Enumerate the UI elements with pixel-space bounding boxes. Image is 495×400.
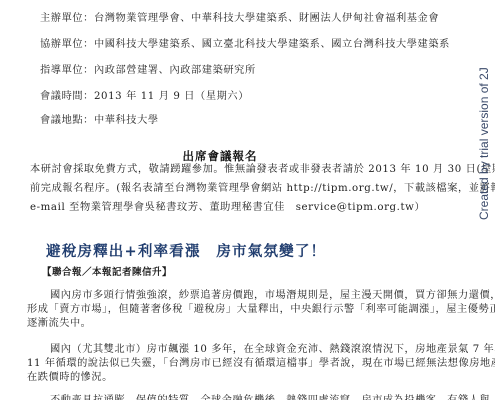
registration-title: 出席會議報名: [0, 148, 440, 164]
trial-watermark: Created by trial version of 2J: [475, 0, 495, 220]
document-page: 主辦單位：台灣物業管理學會、中華科技大學建築系、財團法人伊甸社會福利基金會 協辦…: [0, 0, 495, 400]
article-byline: 【聯合報／本報記者陳信升】: [42, 264, 172, 278]
paragraph-1-line-1: 國內房市多頭行情強強滾，紗票追著房價跑，市場潛規則是，屋主漫天開價，買方卻無力還…: [50, 289, 495, 303]
info-label: 指導單位：: [40, 65, 94, 76]
article-headline: 避稅房釋出+利率看漲 房市氣氛變了！: [46, 240, 326, 261]
info-label: 會議地點：: [40, 115, 94, 126]
info-value: 中華科技大學: [94, 115, 159, 126]
info-value: 中國科技大學建築系、國立臺北科技大學建築系、國立台灣科技大學建築系: [94, 39, 450, 50]
paragraph-1-line-2: 形成「賣方市場」，但隨著奢侈稅「避稅房」大量釋出，中央銀行示警「利率可能調漲」，…: [27, 303, 495, 317]
registration-line-1: 本研討會採取免費方式，敬請踴躍參加。惟無論發表者或非發表者請於 2013 年 1…: [30, 163, 495, 177]
paragraph-1-line-3: 逐漸流失中。: [27, 317, 91, 331]
paragraph-2-line-2: 11 年循環的說法似已失靈，「台灣房市已經沒有循環這檔事」學者說，現在市場已經無…: [27, 357, 495, 371]
info-value: 台灣物業管理學會、中華科技大學建築系、財團法人伊甸社會福利基金會: [94, 13, 439, 24]
info-organizer: 主辦單位：台灣物業管理學會、中華科技大學建築系、財團法人伊甸社會福利基金會: [40, 12, 439, 26]
registration-line-2: 前完成報名程序。(報名表請至台灣物業管理學會網站 http://tipm.org…: [30, 182, 495, 196]
info-date: 會議時間：2013 年 11 月 9 日（星期六）: [40, 90, 249, 104]
info-label: 主辦單位：: [40, 13, 94, 24]
paragraph-2-line-1: 國內（尤其雙北市）房市飆漲 10 多年，在全球資金充沛、熱錢滾滾情況下，房地產景…: [50, 343, 495, 357]
registration-line-3: e-mail 至物業管理學會吳秘書玟芳、董助理秘書宜佳 service@tipm…: [30, 201, 425, 215]
watermark-text: Created by trial version of 2J: [477, 67, 491, 220]
info-venue: 會議地點：中華科技大學: [40, 114, 159, 128]
info-value: 2013 年 11 月 9 日（星期六）: [94, 91, 249, 102]
info-label: 協辦單位：: [40, 39, 94, 50]
paragraph-3-line-1: 不動產具抗通膨、保值的特質，全球金融危機後，熱錢四處流竄，房市成為投機客、有錢人…: [50, 394, 490, 400]
info-label: 會議時間：: [40, 91, 94, 102]
paragraph-2-line-3: 在跌價時的慘況。: [27, 371, 113, 385]
info-value: 內政部營建署、內政部建築研究所: [94, 65, 256, 76]
info-supervisor: 指導單位：內政部營建署、內政部建築研究所: [40, 64, 256, 78]
info-co-organizer: 協辦單位：中國科技大學建築系、國立臺北科技大學建築系、國立台灣科技大學建築系: [40, 38, 450, 52]
